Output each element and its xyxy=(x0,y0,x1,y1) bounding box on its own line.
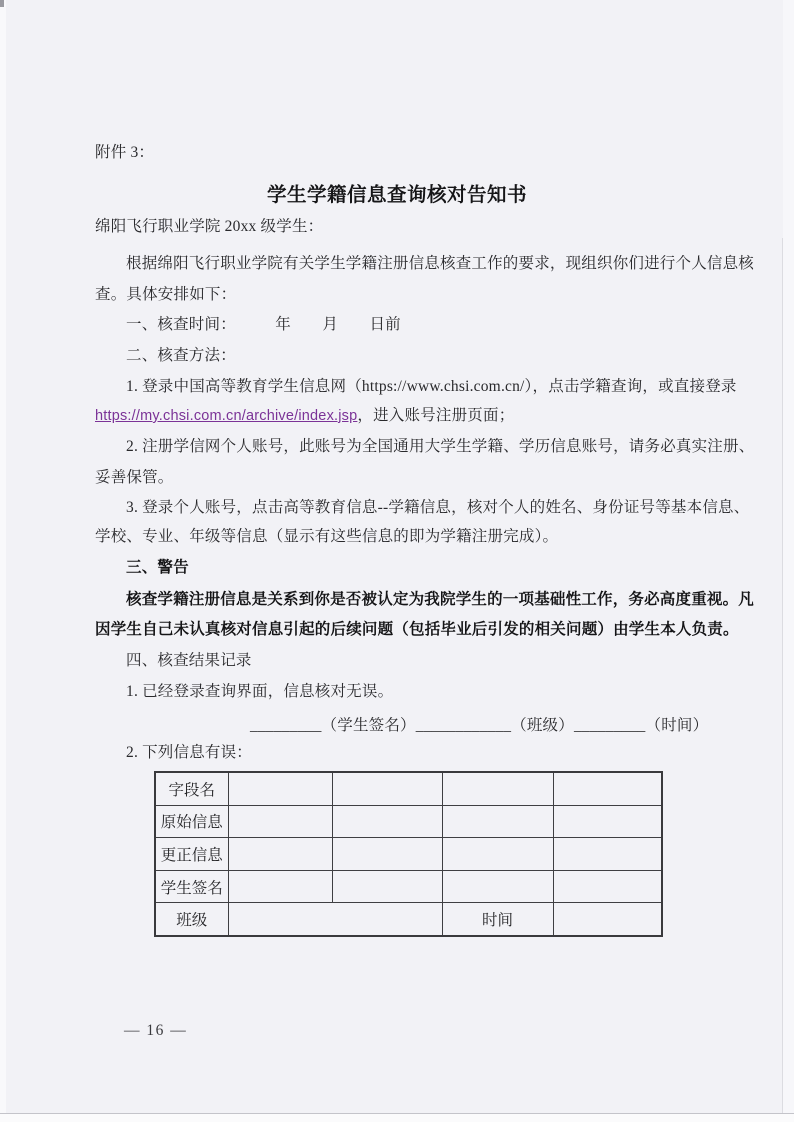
section-heading-warning: 三、警告 xyxy=(95,558,746,578)
corrected-info-cell-3 xyxy=(442,838,553,871)
section-heading-result-record: 四、核查结果记录 xyxy=(95,651,746,671)
table-row-student-signature: 学生签名 xyxy=(155,870,662,903)
scan-edge-right-line xyxy=(782,238,783,1113)
row-label-student-signature: 学生签名 xyxy=(155,870,228,903)
chsi-archive-link[interactable]: https://my.chsi.com.cn/archive/index.jsp xyxy=(95,408,357,424)
student-signature-cell-2 xyxy=(332,870,442,903)
step3-line-2: 学校、专业、年级等信息（显示有这些信息的即为学籍注册完成）。 xyxy=(95,527,715,547)
document-title: 学生学籍信息查询核对告知书 xyxy=(0,179,794,207)
intro-line-1: 根据绵阳飞行职业学院有关学生学籍注册信息核查工作的要求，现组织你们进行个人信息核 xyxy=(95,254,746,274)
step2-line-1: 2. 注册学信网个人账号，此账号为全国通用大学生学籍、学历信息账号，请务必真实注… xyxy=(95,437,746,457)
field-name-cell-1 xyxy=(228,772,332,805)
field-name-cell-4 xyxy=(553,772,662,805)
scanned-document-page: 附件 3： 学生学籍信息查询核对告知书 绵阳飞行职业学院 20xx 级学生： 根… xyxy=(0,0,794,1122)
result-item-1: 1. 已经登录查询界面，信息核对无误。 xyxy=(95,682,746,702)
class-value-cell xyxy=(228,903,442,936)
scan-corner-mark xyxy=(0,0,4,7)
row-label-corrected-info: 更正信息 xyxy=(155,838,228,871)
field-name-cell-2 xyxy=(332,772,442,805)
student-signature-cell-3 xyxy=(442,870,553,903)
original-info-cell-2 xyxy=(332,805,442,838)
row-label-class: 班级 xyxy=(155,903,228,936)
corrected-info-cell-2 xyxy=(332,838,442,871)
student-signature-cell-1 xyxy=(228,870,332,903)
scan-edge-right-strip xyxy=(783,0,794,1113)
row-label-field-name: 字段名 xyxy=(155,772,228,805)
original-info-cell-3 xyxy=(442,805,553,838)
corrected-info-cell-1 xyxy=(228,838,332,871)
error-info-table-wrapper: 字段名 原始信息 更正信息 xyxy=(154,771,663,937)
intro-line-2: 查。具体安排如下： xyxy=(95,285,715,305)
time-label-cell: 时间 xyxy=(442,903,553,936)
table-row-field-name: 字段名 xyxy=(155,772,662,805)
error-info-table: 字段名 原始信息 更正信息 xyxy=(154,771,663,937)
original-info-cell-4 xyxy=(553,805,662,838)
warning-line-1: 核查学籍注册信息是关系到你是否被认定为我院学生的一项基础性工作，务必高度重视。凡 xyxy=(95,590,746,610)
step1-line-1: 1. 登录中国高等教育学生信息网（https://www.chsi.com.cn… xyxy=(95,377,746,397)
section-heading-check-method: 二、核查方法： xyxy=(95,346,746,366)
section-heading-check-time: 一、核查时间： 年 月 日前 xyxy=(95,315,746,335)
warning-line-2: 因学生自己未认真核对信息引起的后续问题（包括毕业后引发的相关问题）由学生本人负责… xyxy=(95,620,715,640)
table-row-corrected-info: 更正信息 xyxy=(155,838,662,871)
step2-line-2: 妥善保管。 xyxy=(95,468,715,488)
scan-edge-bottom-strip xyxy=(0,1114,794,1122)
student-signature-cell-4 xyxy=(553,870,662,903)
result-item-2: 2. 下列信息有误： xyxy=(95,743,746,763)
step1-line-2: https://my.chsi.com.cn/archive/index.jsp… xyxy=(95,406,715,426)
table-row-original-info: 原始信息 xyxy=(155,805,662,838)
step1-link-suffix: ，进入账号注册页面； xyxy=(357,407,514,424)
table-row-class-time: 班级 时间 xyxy=(155,903,662,936)
field-name-cell-3 xyxy=(442,772,553,805)
row-label-original-info: 原始信息 xyxy=(155,805,228,838)
scan-edge-left xyxy=(0,0,6,1113)
salutation: 绵阳飞行职业学院 20xx 级学生： xyxy=(95,217,715,237)
time-value-cell xyxy=(553,903,662,936)
page-number: — 16 — xyxy=(124,1022,187,1040)
signature-line: _________（学生签名）____________（班级）_________… xyxy=(250,713,708,735)
attachment-label: 附件 3： xyxy=(95,143,715,163)
corrected-info-cell-4 xyxy=(553,838,662,871)
step3-line-1: 3. 登录个人账号，点击高等教育信息--学籍信息，核对个人的姓名、身份证号等基本… xyxy=(95,498,746,518)
original-info-cell-1 xyxy=(228,805,332,838)
